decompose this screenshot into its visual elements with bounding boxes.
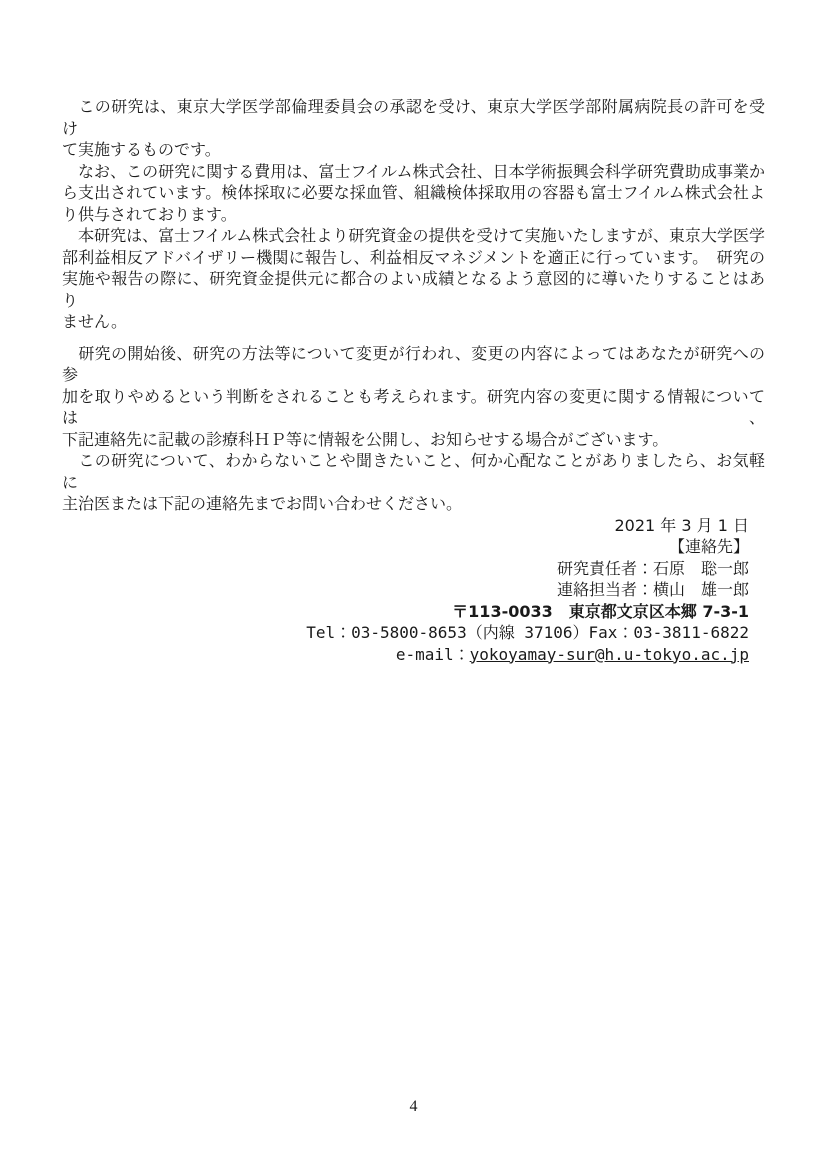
paragraph-ethics-approval: この研究は、東京大学医学部倫理委員会の承認を受け、東京大学医学部附属病院長の許可… [62, 96, 765, 161]
paragraph-inquiries: この研究について、わからないことや聞きたいこと、何か心配なことがありましたら、お… [62, 450, 765, 515]
body-line: り供与されております。 [62, 204, 765, 226]
postal-address: 〒113-0033 東京都文京区本郷 7-3-1 [62, 601, 749, 623]
paragraph-study-changes: 研究の開始後、研究の方法等について変更が行われ、変更の内容によってはあなたが研究… [62, 343, 765, 451]
body-line: 加を取りやめるという判断をされることも考えられます。研究内容の変更に関する情報に… [62, 386, 765, 429]
document-date: 2021 年 3 月 1 日 [62, 515, 749, 537]
body-line: て実施するものです。 [62, 139, 765, 161]
contact-section-title: 【連絡先】 [62, 536, 749, 558]
email-line: e-mail：yokoyamay-sur@h.u-tokyo.ac.jp [62, 644, 749, 666]
document-page: この研究は、東京大学医学部倫理委員会の承認を受け、東京大学医学部附属病院長の許可… [0, 0, 827, 1169]
body-line: 主治医または下記の連絡先までお問い合わせください。 [62, 493, 765, 515]
body-line: 研究の開始後、研究の方法等について変更が行われ、変更の内容によってはあなたが研究… [62, 343, 765, 386]
body-line: 実施や報告の際に、研究資金提供元に都合のよい成績となるよう意図的に導いたりするこ… [62, 268, 765, 311]
body-line: ら支出されています。検体採取に必要な採血管、組織検体採取用の容器も富士フイルム株… [62, 182, 765, 204]
body-line: この研究は、東京大学医学部倫理委員会の承認を受け、東京大学医学部附属病院長の許可… [62, 96, 765, 139]
tel-fax-line: Tel：03-5800-8653（内線 37106）Fax：03-3811-68… [62, 622, 749, 644]
document-body: この研究は、東京大学医学部倫理委員会の承認を受け、東京大学医学部附属病院長の許可… [62, 96, 765, 665]
body-line: 下記連絡先に記載の診療科ＨＰ等に情報を公開し、お知らせする場合がございます。 [62, 429, 765, 451]
body-line: 部利益相反アドバイザリー機関に報告し、利益相反マネジメントを適正に行っています。… [62, 247, 765, 269]
email-link[interactable]: yokoyamay-sur@h.u-tokyo.ac.jp [470, 645, 749, 664]
body-line: 本研究は、富士フイルム株式会社より研究資金の提供を受けて実施いたしますが、東京大… [62, 225, 765, 247]
contact-block: 2021 年 3 月 1 日 【連絡先】 研究責任者：石原 聡一郎 連絡担当者：… [62, 515, 765, 666]
page-number: 4 [0, 1098, 827, 1116]
body-line: この研究について、わからないことや聞きたいこと、何か心配なことがありましたら、お… [62, 450, 765, 493]
principal-investigator: 研究責任者：石原 聡一郎 [62, 558, 749, 580]
body-line: ません。 [62, 311, 765, 333]
contact-person: 連絡担当者：横山 雄一郎 [62, 579, 749, 601]
body-line: なお、この研究に関する費用は、富士フイルム株式会社、日本学術振興会科学研究費助成… [62, 161, 765, 183]
paragraph-conflict-of-interest: 本研究は、富士フイルム株式会社より研究資金の提供を受けて実施いたしますが、東京大… [62, 225, 765, 333]
email-label: e-mail： [396, 645, 470, 664]
paragraph-spacer [62, 333, 765, 343]
paragraph-funding: なお、この研究に関する費用は、富士フイルム株式会社、日本学術振興会科学研究費助成… [62, 161, 765, 226]
